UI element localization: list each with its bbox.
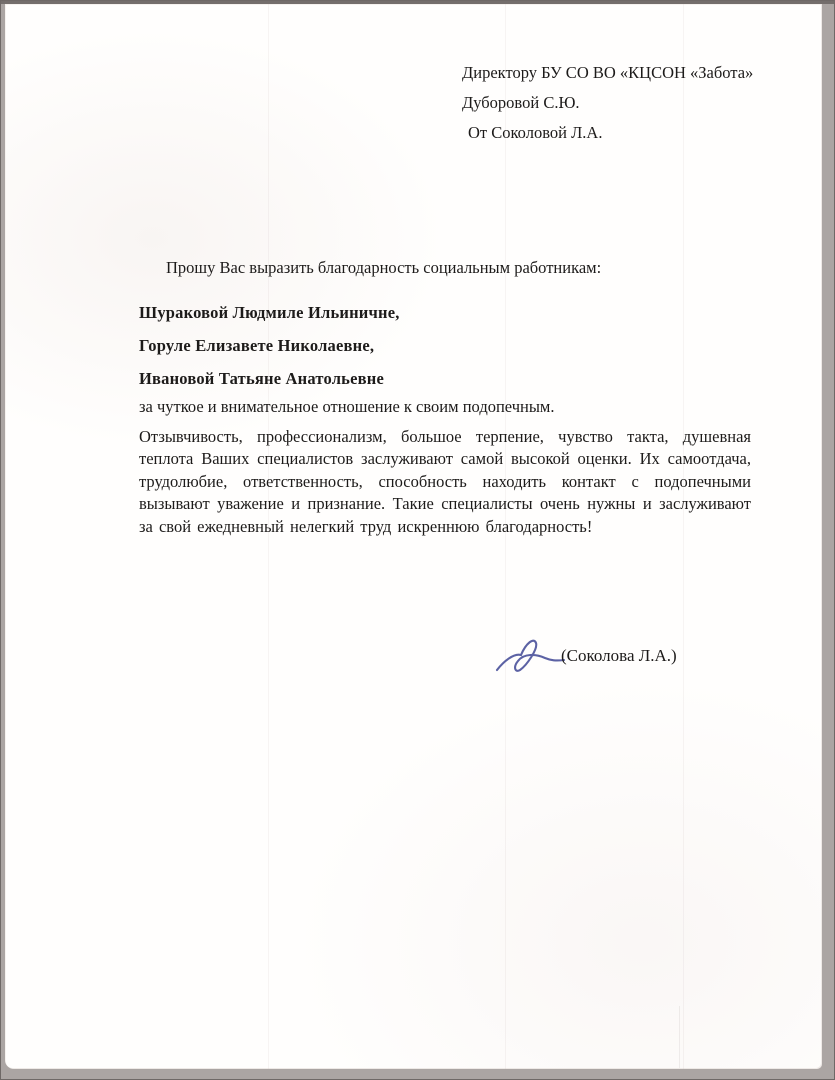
recipient-title: Директору БУ СО ВО «КЦСОН «Забота» xyxy=(462,58,772,88)
scanned-letter-page: Директору БУ СО ВО «КЦСОН «Забота» Дубор… xyxy=(0,0,835,1080)
social-worker-name-1: Шураковой Людмиле Ильиничне, xyxy=(139,296,751,329)
sender-name: От Соколовой Л.А. xyxy=(462,118,772,148)
intro-sentence: Прошу Вас выразить благодарность социаль… xyxy=(139,256,751,280)
social-workers-list: Шураковой Людмиле Ильиничне, Горуле Елиз… xyxy=(139,296,751,395)
recipient-block: Директору БУ СО ВО «КЦСОН «Забота» Дубор… xyxy=(462,58,772,148)
signature-printed-name: (Соколова Л.А.) xyxy=(561,646,677,666)
recipient-name: Дуборовой С.Ю. xyxy=(462,88,772,118)
paper-sheet: Директору БУ СО ВО «КЦСОН «Забота» Дубор… xyxy=(5,4,822,1069)
social-worker-name-2: Горуле Елизавете Николаевне, xyxy=(139,329,751,362)
paper-fold-line xyxy=(679,1006,680,1068)
social-worker-name-3: Ивановой Татьяне Анатольевне xyxy=(139,362,751,395)
signature-block: (Соколова Л.А.) xyxy=(493,630,677,682)
handwritten-signature-icon xyxy=(493,630,567,682)
letter-body: Прошу Вас выразить благодарность социаль… xyxy=(139,256,751,538)
gratitude-paragraph: Отзывчивость, профессионализм, большое т… xyxy=(139,426,751,538)
gratitude-reason: за чуткое и внимательное отношение к сво… xyxy=(139,395,751,419)
